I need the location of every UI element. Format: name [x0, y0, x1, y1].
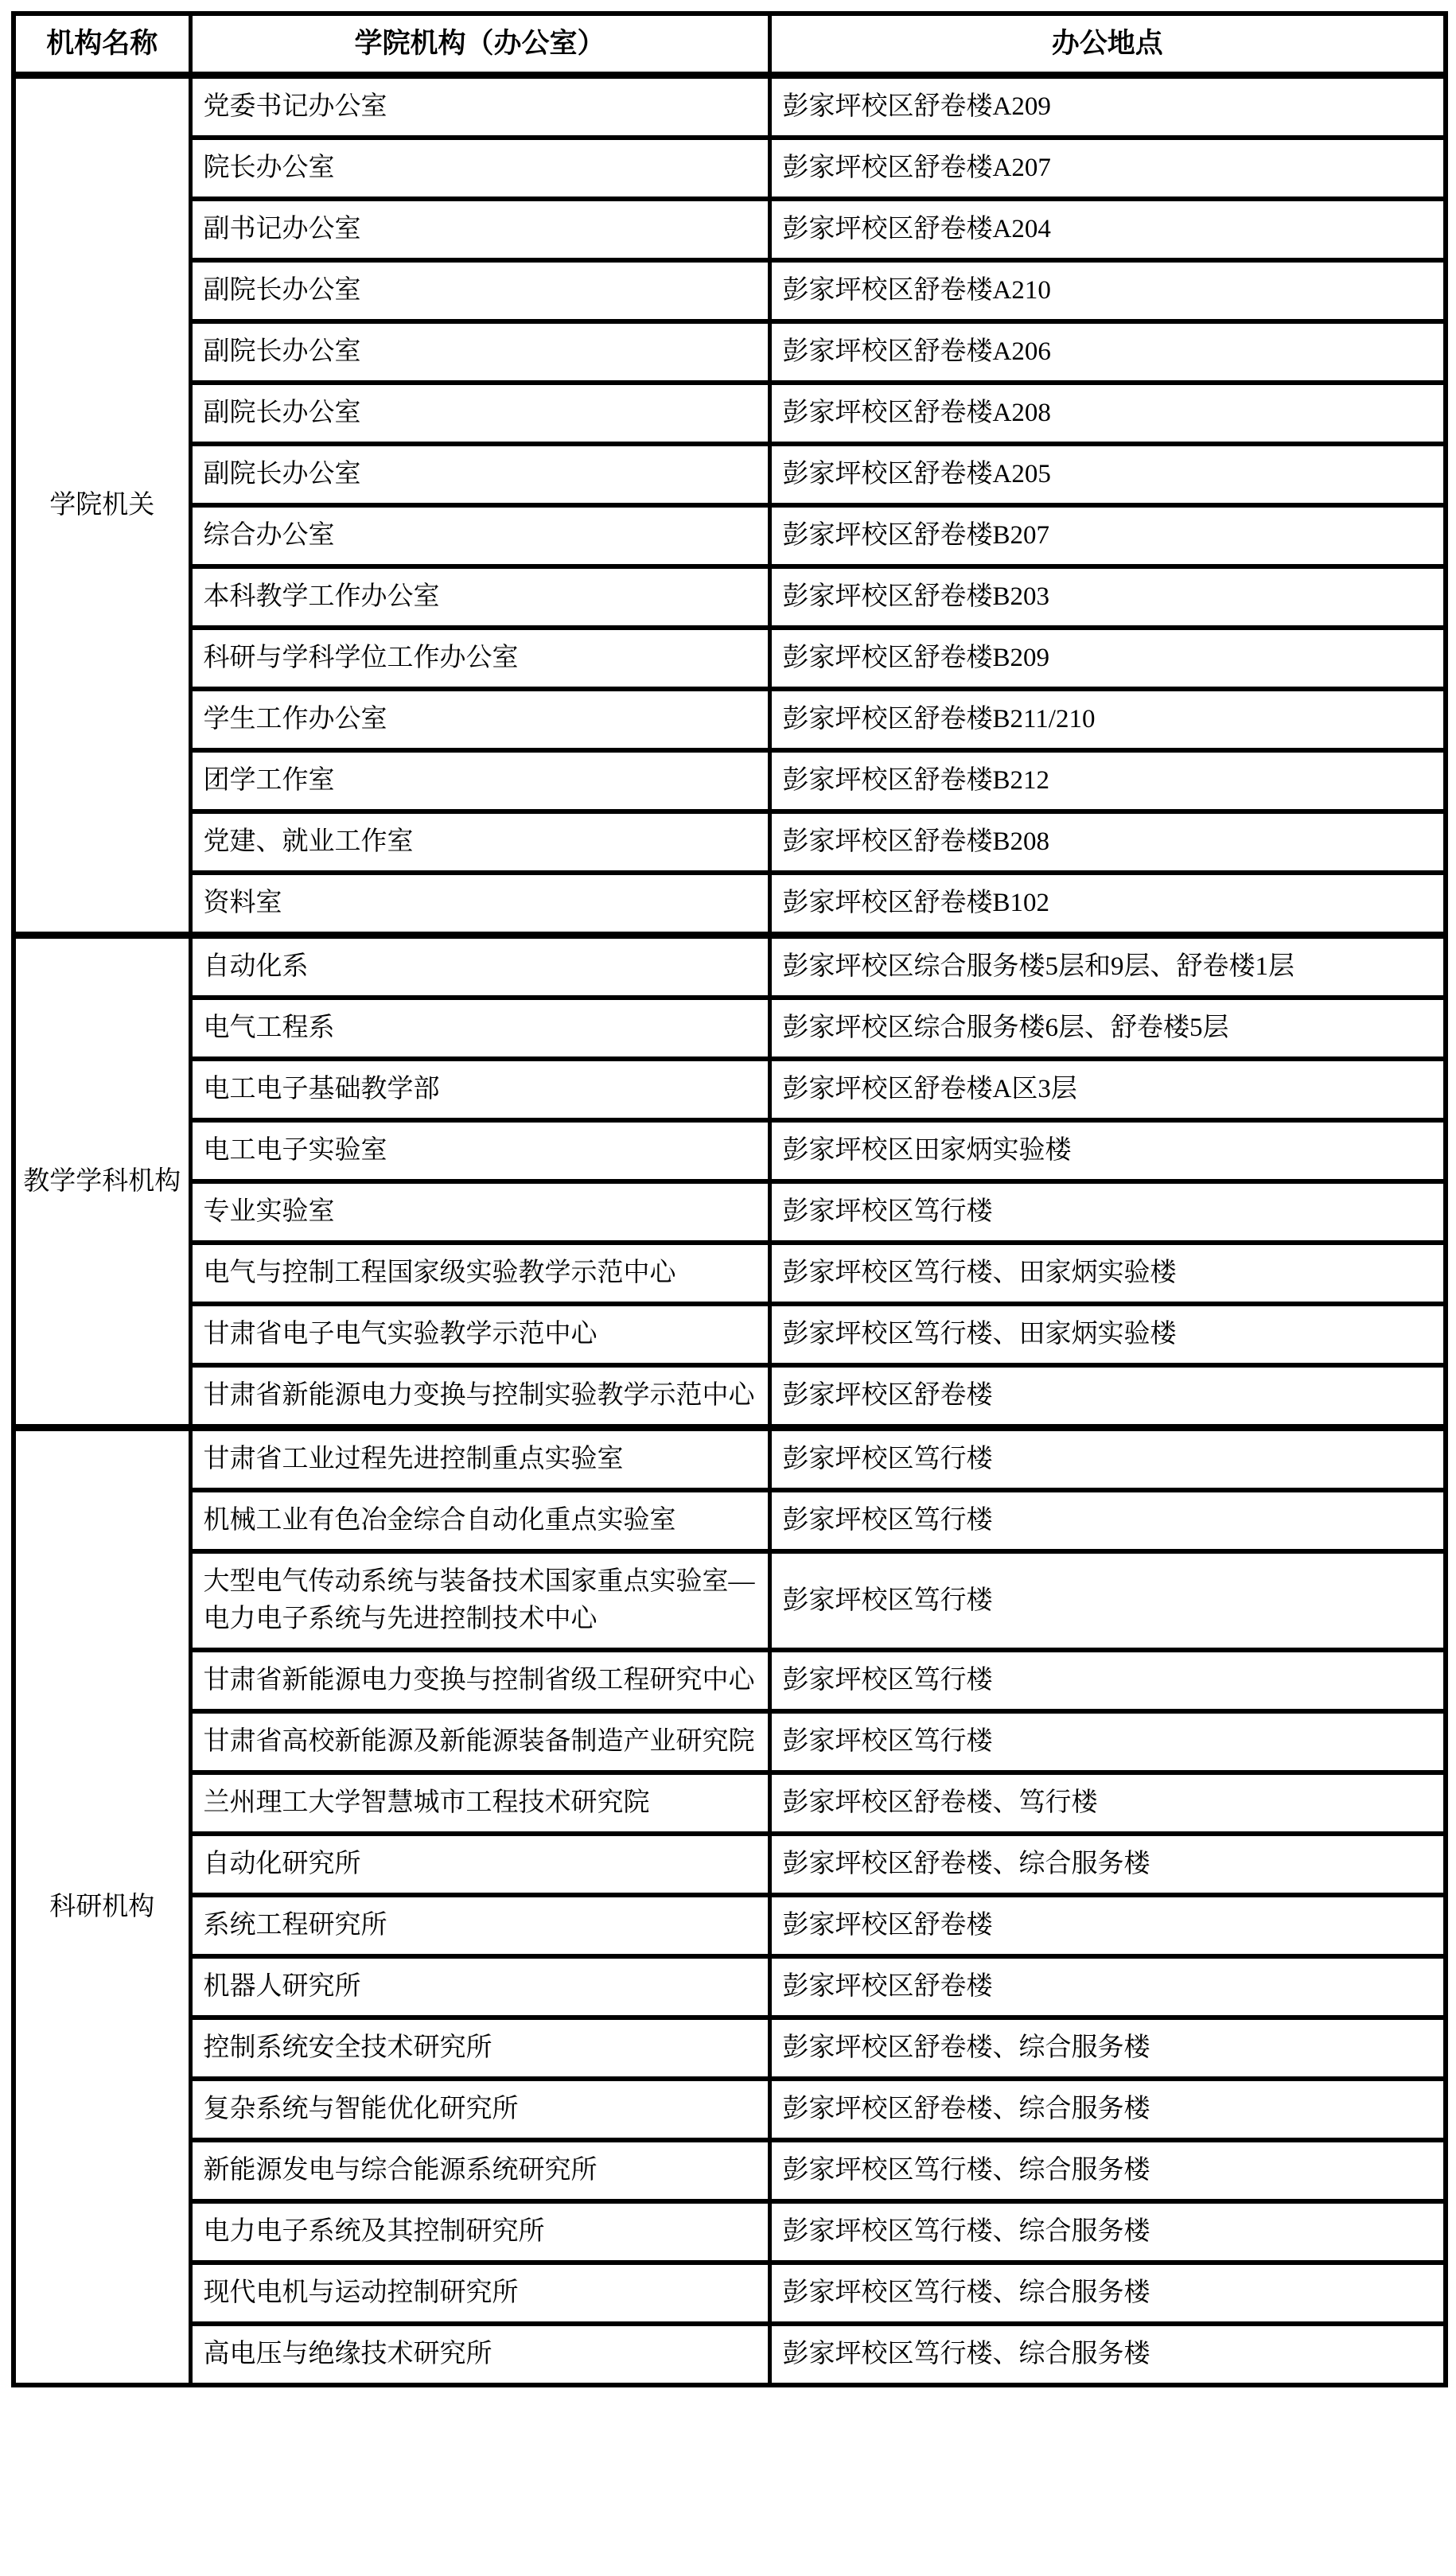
col-header-college-office: 学院机构（办公室） [190, 14, 769, 76]
office-location-cell: 彭家坪校区舒卷楼B208 [769, 811, 1446, 873]
table-row: 科研与学科学位工作办公室彭家坪校区舒卷楼B209 [14, 628, 1446, 689]
office-name-cell: 高电压与绝缘技术研究所 [190, 2324, 769, 2385]
table-row: 副院长办公室彭家坪校区舒卷楼A206 [14, 321, 1446, 383]
office-name-cell: 新能源发电与综合能源系统研究所 [190, 2140, 769, 2201]
table-row: 科研机构甘肃省工业过程先进控制重点实验室彭家坪校区笃行楼 [14, 1428, 1446, 1491]
table-row: 副院长办公室彭家坪校区舒卷楼A210 [14, 260, 1446, 321]
table-row: 机械工业有色冶金综合自动化重点实验室彭家坪校区笃行楼 [14, 1490, 1446, 1551]
office-location-cell: 彭家坪校区笃行楼、综合服务楼 [769, 2324, 1446, 2385]
office-name-cell: 兰州理工大学智慧城市工程技术研究院 [190, 1772, 769, 1834]
office-location-cell: 彭家坪校区笃行楼、田家炳实验楼 [769, 1304, 1446, 1365]
table-row: 电气工程系彭家坪校区综合服务楼6层、舒卷楼5层 [14, 998, 1446, 1059]
office-location-cell: 彭家坪校区舒卷楼B209 [769, 628, 1446, 689]
table-row: 现代电机与运动控制研究所彭家坪校区笃行楼、综合服务楼 [14, 2263, 1446, 2324]
office-location-cell: 彭家坪校区舒卷楼B207 [769, 505, 1446, 566]
office-location-cell: 彭家坪校区笃行楼、综合服务楼 [769, 2140, 1446, 2201]
office-location-cell: 彭家坪校区舒卷楼A205 [769, 444, 1446, 505]
col-header-org-name: 机构名称 [14, 14, 190, 76]
group-name-cell: 学院机关 [14, 76, 190, 936]
office-name-cell: 电工电子实验室 [190, 1120, 769, 1181]
office-name-cell: 专业实验室 [190, 1181, 769, 1243]
table-row: 学生工作办公室彭家坪校区舒卷楼B211/210 [14, 689, 1446, 750]
office-name-cell: 复杂系统与智能优化研究所 [190, 2079, 769, 2140]
office-location-cell: 彭家坪校区舒卷楼B102 [769, 873, 1446, 936]
table-row: 电工电子实验室彭家坪校区田家炳实验楼 [14, 1120, 1446, 1181]
office-name-cell: 团学工作室 [190, 750, 769, 811]
office-name-cell: 甘肃省高校新能源及新能源装备制造产业研究院 [190, 1711, 769, 1772]
table-row: 综合办公室彭家坪校区舒卷楼B207 [14, 505, 1446, 566]
office-name-cell: 控制系统安全技术研究所 [190, 2018, 769, 2079]
office-location-cell: 彭家坪校区舒卷楼B203 [769, 566, 1446, 628]
office-name-cell: 甘肃省新能源电力变换与控制实验教学示范中心 [190, 1365, 769, 1428]
office-location-cell: 彭家坪校区笃行楼 [769, 1490, 1446, 1551]
office-name-cell: 自动化系 [190, 936, 769, 998]
table-row: 系统工程研究所彭家坪校区舒卷楼 [14, 1895, 1446, 1956]
office-location-cell: 彭家坪校区舒卷楼A209 [769, 76, 1446, 138]
table-row: 资料室彭家坪校区舒卷楼B102 [14, 873, 1446, 936]
table-row: 电力电子系统及其控制研究所彭家坪校区笃行楼、综合服务楼 [14, 2201, 1446, 2263]
office-name-cell: 副书记办公室 [190, 199, 769, 260]
table-row: 学院机关党委书记办公室彭家坪校区舒卷楼A209 [14, 76, 1446, 138]
office-location-cell: 彭家坪校区舒卷楼B211/210 [769, 689, 1446, 750]
office-name-cell: 电工电子基础教学部 [190, 1059, 769, 1120]
office-name-cell: 甘肃省工业过程先进控制重点实验室 [190, 1428, 769, 1491]
table-row: 甘肃省高校新能源及新能源装备制造产业研究院彭家坪校区笃行楼 [14, 1711, 1446, 1772]
office-name-cell: 科研与学科学位工作办公室 [190, 628, 769, 689]
table-row: 控制系统安全技术研究所彭家坪校区舒卷楼、综合服务楼 [14, 2018, 1446, 2079]
office-name-cell: 电气工程系 [190, 998, 769, 1059]
table-row: 甘肃省电子电气实验教学示范中心彭家坪校区笃行楼、田家炳实验楼 [14, 1304, 1446, 1365]
office-name-cell: 党委书记办公室 [190, 76, 769, 138]
table-row: 副院长办公室彭家坪校区舒卷楼A205 [14, 444, 1446, 505]
office-location-cell: 彭家坪校区舒卷楼 [769, 1365, 1446, 1428]
table-row: 大型电气传动系统与装备技术国家重点实验室—电力电子系统与先进控制技术中心彭家坪校… [14, 1551, 1446, 1650]
office-name-cell: 甘肃省新能源电力变换与控制省级工程研究中心 [190, 1650, 769, 1711]
office-location-cell: 彭家坪校区笃行楼、综合服务楼 [769, 2263, 1446, 2324]
office-name-cell: 副院长办公室 [190, 260, 769, 321]
office-name-cell: 机器人研究所 [190, 1956, 769, 2018]
office-location-cell: 彭家坪校区舒卷楼、综合服务楼 [769, 2018, 1446, 2079]
table-header-row: 机构名称 学院机构（办公室） 办公地点 [14, 14, 1446, 76]
table-row: 专业实验室彭家坪校区笃行楼 [14, 1181, 1446, 1243]
table-row: 复杂系统与智能优化研究所彭家坪校区舒卷楼、综合服务楼 [14, 2079, 1446, 2140]
office-location-cell: 彭家坪校区舒卷楼A206 [769, 321, 1446, 383]
office-name-cell: 自动化研究所 [190, 1834, 769, 1895]
org-location-table: 机构名称 学院机构（办公室） 办公地点 学院机关党委书记办公室彭家坪校区舒卷楼A… [11, 11, 1448, 2387]
office-location-cell: 彭家坪校区综合服务楼6层、舒卷楼5层 [769, 998, 1446, 1059]
office-location-cell: 彭家坪校区笃行楼 [769, 1551, 1446, 1650]
table-row: 本科教学工作办公室彭家坪校区舒卷楼B203 [14, 566, 1446, 628]
table-row: 教学学科机构自动化系彭家坪校区综合服务楼5层和9层、舒卷楼1层 [14, 936, 1446, 998]
office-name-cell: 院长办公室 [190, 138, 769, 199]
table-row: 团学工作室彭家坪校区舒卷楼B212 [14, 750, 1446, 811]
table-row: 甘肃省新能源电力变换与控制实验教学示范中心彭家坪校区舒卷楼 [14, 1365, 1446, 1428]
page: 机构名称 学院机构（办公室） 办公地点 学院机关党委书记办公室彭家坪校区舒卷楼A… [0, 0, 1456, 2576]
office-location-cell: 彭家坪校区笃行楼、综合服务楼 [769, 2201, 1446, 2263]
office-name-cell: 资料室 [190, 873, 769, 936]
office-location-cell: 彭家坪校区综合服务楼5层和9层、舒卷楼1层 [769, 936, 1446, 998]
table-row: 新能源发电与综合能源系统研究所彭家坪校区笃行楼、综合服务楼 [14, 2140, 1446, 2201]
office-location-cell: 彭家坪校区笃行楼、田家炳实验楼 [769, 1243, 1446, 1304]
office-name-cell: 系统工程研究所 [190, 1895, 769, 1956]
office-location-cell: 彭家坪校区田家炳实验楼 [769, 1120, 1446, 1181]
office-location-cell: 彭家坪校区笃行楼 [769, 1711, 1446, 1772]
table-row: 副院长办公室彭家坪校区舒卷楼A208 [14, 383, 1446, 444]
office-location-cell: 彭家坪校区舒卷楼A207 [769, 138, 1446, 199]
office-location-cell: 彭家坪校区舒卷楼A208 [769, 383, 1446, 444]
office-location-cell: 彭家坪校区舒卷楼B212 [769, 750, 1446, 811]
table-row: 高电压与绝缘技术研究所彭家坪校区笃行楼、综合服务楼 [14, 2324, 1446, 2385]
office-location-cell: 彭家坪校区舒卷楼A210 [769, 260, 1446, 321]
table-row: 兰州理工大学智慧城市工程技术研究院彭家坪校区舒卷楼、笃行楼 [14, 1772, 1446, 1834]
table-row: 党建、就业工作室彭家坪校区舒卷楼B208 [14, 811, 1446, 873]
office-location-cell: 彭家坪校区舒卷楼、综合服务楼 [769, 2079, 1446, 2140]
office-name-cell: 综合办公室 [190, 505, 769, 566]
col-header-office-location: 办公地点 [769, 14, 1446, 76]
office-location-cell: 彭家坪校区舒卷楼、综合服务楼 [769, 1834, 1446, 1895]
table-row: 甘肃省新能源电力变换与控制省级工程研究中心彭家坪校区笃行楼 [14, 1650, 1446, 1711]
table-body: 学院机关党委书记办公室彭家坪校区舒卷楼A209院长办公室彭家坪校区舒卷楼A207… [14, 76, 1446, 2386]
group-name-cell: 教学学科机构 [14, 936, 190, 1428]
office-name-cell: 副院长办公室 [190, 321, 769, 383]
office-location-cell: 彭家坪校区舒卷楼A区3层 [769, 1059, 1446, 1120]
table-row: 院长办公室彭家坪校区舒卷楼A207 [14, 138, 1446, 199]
office-name-cell: 电力电子系统及其控制研究所 [190, 2201, 769, 2263]
office-location-cell: 彭家坪校区笃行楼 [769, 1428, 1446, 1491]
table-row: 副书记办公室彭家坪校区舒卷楼A204 [14, 199, 1446, 260]
office-name-cell: 副院长办公室 [190, 383, 769, 444]
office-location-cell: 彭家坪校区舒卷楼 [769, 1895, 1446, 1956]
office-name-cell: 大型电气传动系统与装备技术国家重点实验室—电力电子系统与先进控制技术中心 [190, 1551, 769, 1650]
table-row: 自动化研究所彭家坪校区舒卷楼、综合服务楼 [14, 1834, 1446, 1895]
office-name-cell: 甘肃省电子电气实验教学示范中心 [190, 1304, 769, 1365]
office-name-cell: 机械工业有色冶金综合自动化重点实验室 [190, 1490, 769, 1551]
office-name-cell: 学生工作办公室 [190, 689, 769, 750]
office-location-cell: 彭家坪校区舒卷楼A204 [769, 199, 1446, 260]
office-location-cell: 彭家坪校区舒卷楼、笃行楼 [769, 1772, 1446, 1834]
table-row: 机器人研究所彭家坪校区舒卷楼 [14, 1956, 1446, 2018]
office-name-cell: 现代电机与运动控制研究所 [190, 2263, 769, 2324]
group-name-cell: 科研机构 [14, 1428, 190, 2386]
office-name-cell: 电气与控制工程国家级实验教学示范中心 [190, 1243, 769, 1304]
office-location-cell: 彭家坪校区笃行楼 [769, 1650, 1446, 1711]
office-location-cell: 彭家坪校区笃行楼 [769, 1181, 1446, 1243]
office-name-cell: 本科教学工作办公室 [190, 566, 769, 628]
table-row: 电气与控制工程国家级实验教学示范中心彭家坪校区笃行楼、田家炳实验楼 [14, 1243, 1446, 1304]
office-location-cell: 彭家坪校区舒卷楼 [769, 1956, 1446, 2018]
table-row: 电工电子基础教学部彭家坪校区舒卷楼A区3层 [14, 1059, 1446, 1120]
office-name-cell: 党建、就业工作室 [190, 811, 769, 873]
office-name-cell: 副院长办公室 [190, 444, 769, 505]
